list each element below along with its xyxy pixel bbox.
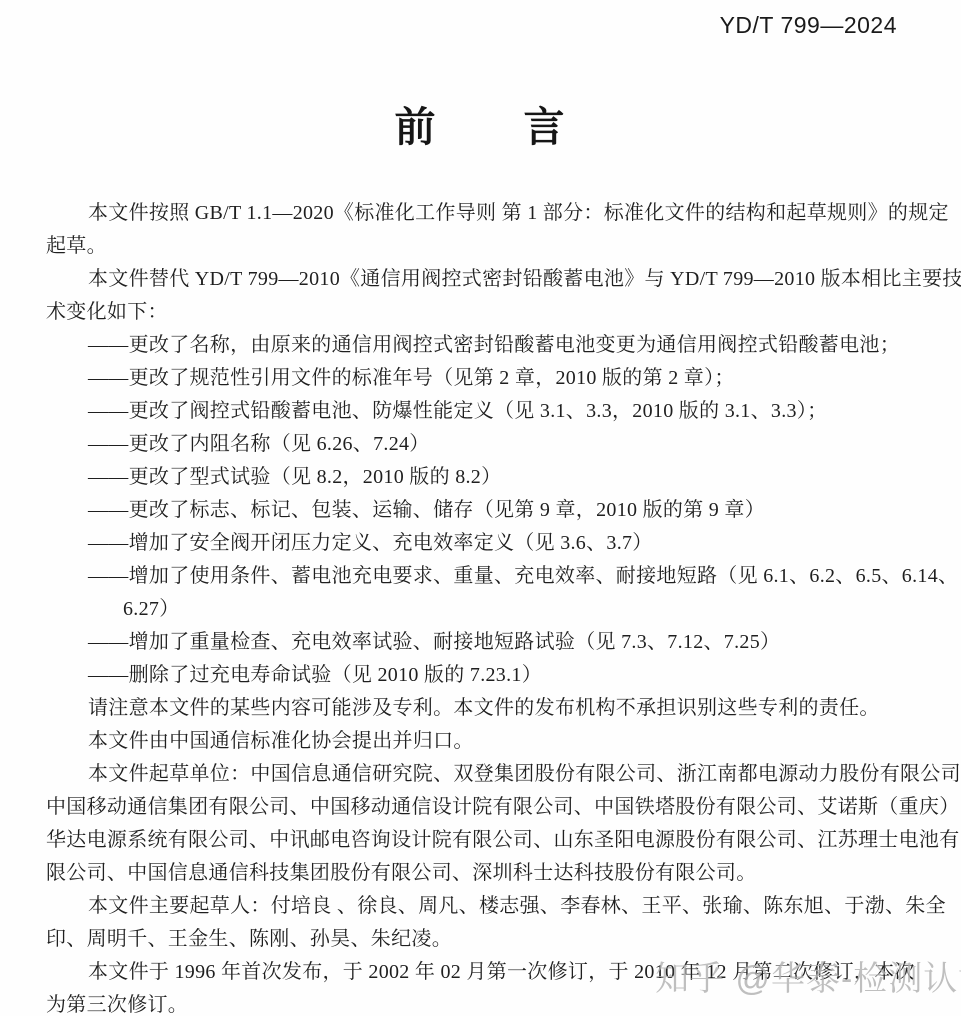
text-line: ——增加了使用条件、蓄电池充电要求、重量、充电效率、耐接地短路（见 6.1、6.…	[46, 560, 923, 593]
text-line: ——增加了重量检查、充电效率试验、耐接地短路试验（见 7.3、7.12、7.25…	[46, 626, 923, 659]
text-line: 本文件替代 YD/T 799—2010《通信用阀控式密封铅酸蓄电池》与 YD/T…	[46, 263, 923, 296]
text-line: 华达电源系统有限公司、中讯邮电咨询设计院有限公司、山东圣阳电源股份有限公司、江苏…	[46, 824, 923, 857]
text-line: 起草。	[46, 230, 923, 263]
text-line: 印、周明千、王金生、陈刚、孙昊、朱纪凌。	[46, 923, 923, 956]
text-line: 本文件主要起草人：付培良 、徐良、周凡、楼志强、李春林、王平、张瑜、陈东旭、于渤…	[46, 890, 923, 923]
text-line: 6.27）	[46, 593, 923, 626]
text-line: ——更改了内阻名称（见 6.26、7.24）	[46, 428, 923, 461]
text-line: 限公司、中国信息通信科技集团股份有限公司、深圳科士达科技股份有限公司。	[46, 857, 923, 890]
text-line: ——更改了规范性引用文件的标准年号（见第 2 章，2010 版的第 2 章）；	[46, 362, 923, 395]
document-page: YD/T 799—2024 前 言 本文件按照 GB/T 1.1—2020《标准…	[0, 0, 961, 1016]
standard-number-header: YD/T 799—2024	[720, 12, 897, 39]
text-line: 本文件于 1996 年首次发布，于 2002 年 02 月第一次修订，于 201…	[46, 956, 923, 989]
document-body: 本文件按照 GB/T 1.1—2020《标准化工作导则 第 1 部分：标准化文件…	[46, 197, 923, 1016]
text-line: 本文件由中国通信标准化协会提出并归口。	[46, 725, 923, 758]
text-line: 请注意本文件的某些内容可能涉及专利。本文件的发布机构不承担识别这些专利的责任。	[46, 692, 923, 725]
text-line: 本文件起草单位：中国信息通信研究院、双登集团股份有限公司、浙江南都电源动力股份有…	[46, 758, 923, 791]
text-line: ——删除了过充电寿命试验（见 2010 版的 7.23.1）	[46, 659, 923, 692]
page-title: 前 言	[0, 94, 961, 153]
text-line: ——更改了阀控式铅酸蓄电池、防爆性能定义（见 3.1、3.3，2010 版的 3…	[46, 395, 923, 428]
text-line: ——更改了型式试验（见 8.2，2010 版的 8.2）	[46, 461, 923, 494]
text-line: 为第三次修订。	[46, 989, 923, 1016]
text-line: ——增加了安全阀开闭压力定义、充电效率定义（见 3.6、3.7）	[46, 527, 923, 560]
text-line: 本文件按照 GB/T 1.1—2020《标准化工作导则 第 1 部分：标准化文件…	[46, 197, 923, 230]
text-line: 中国移动通信集团有限公司、中国移动通信设计院有限公司、中国铁塔股份有限公司、艾诺…	[46, 791, 923, 824]
text-line: 术变化如下：	[46, 296, 923, 329]
text-line: ——更改了标志、标记、包装、运输、储存（见第 9 章，2010 版的第 9 章）	[46, 494, 923, 527]
text-line: ——更改了名称，由原来的通信用阀控式密封铅酸蓄电池变更为通信用阀控式铅酸蓄电池；	[46, 329, 923, 362]
